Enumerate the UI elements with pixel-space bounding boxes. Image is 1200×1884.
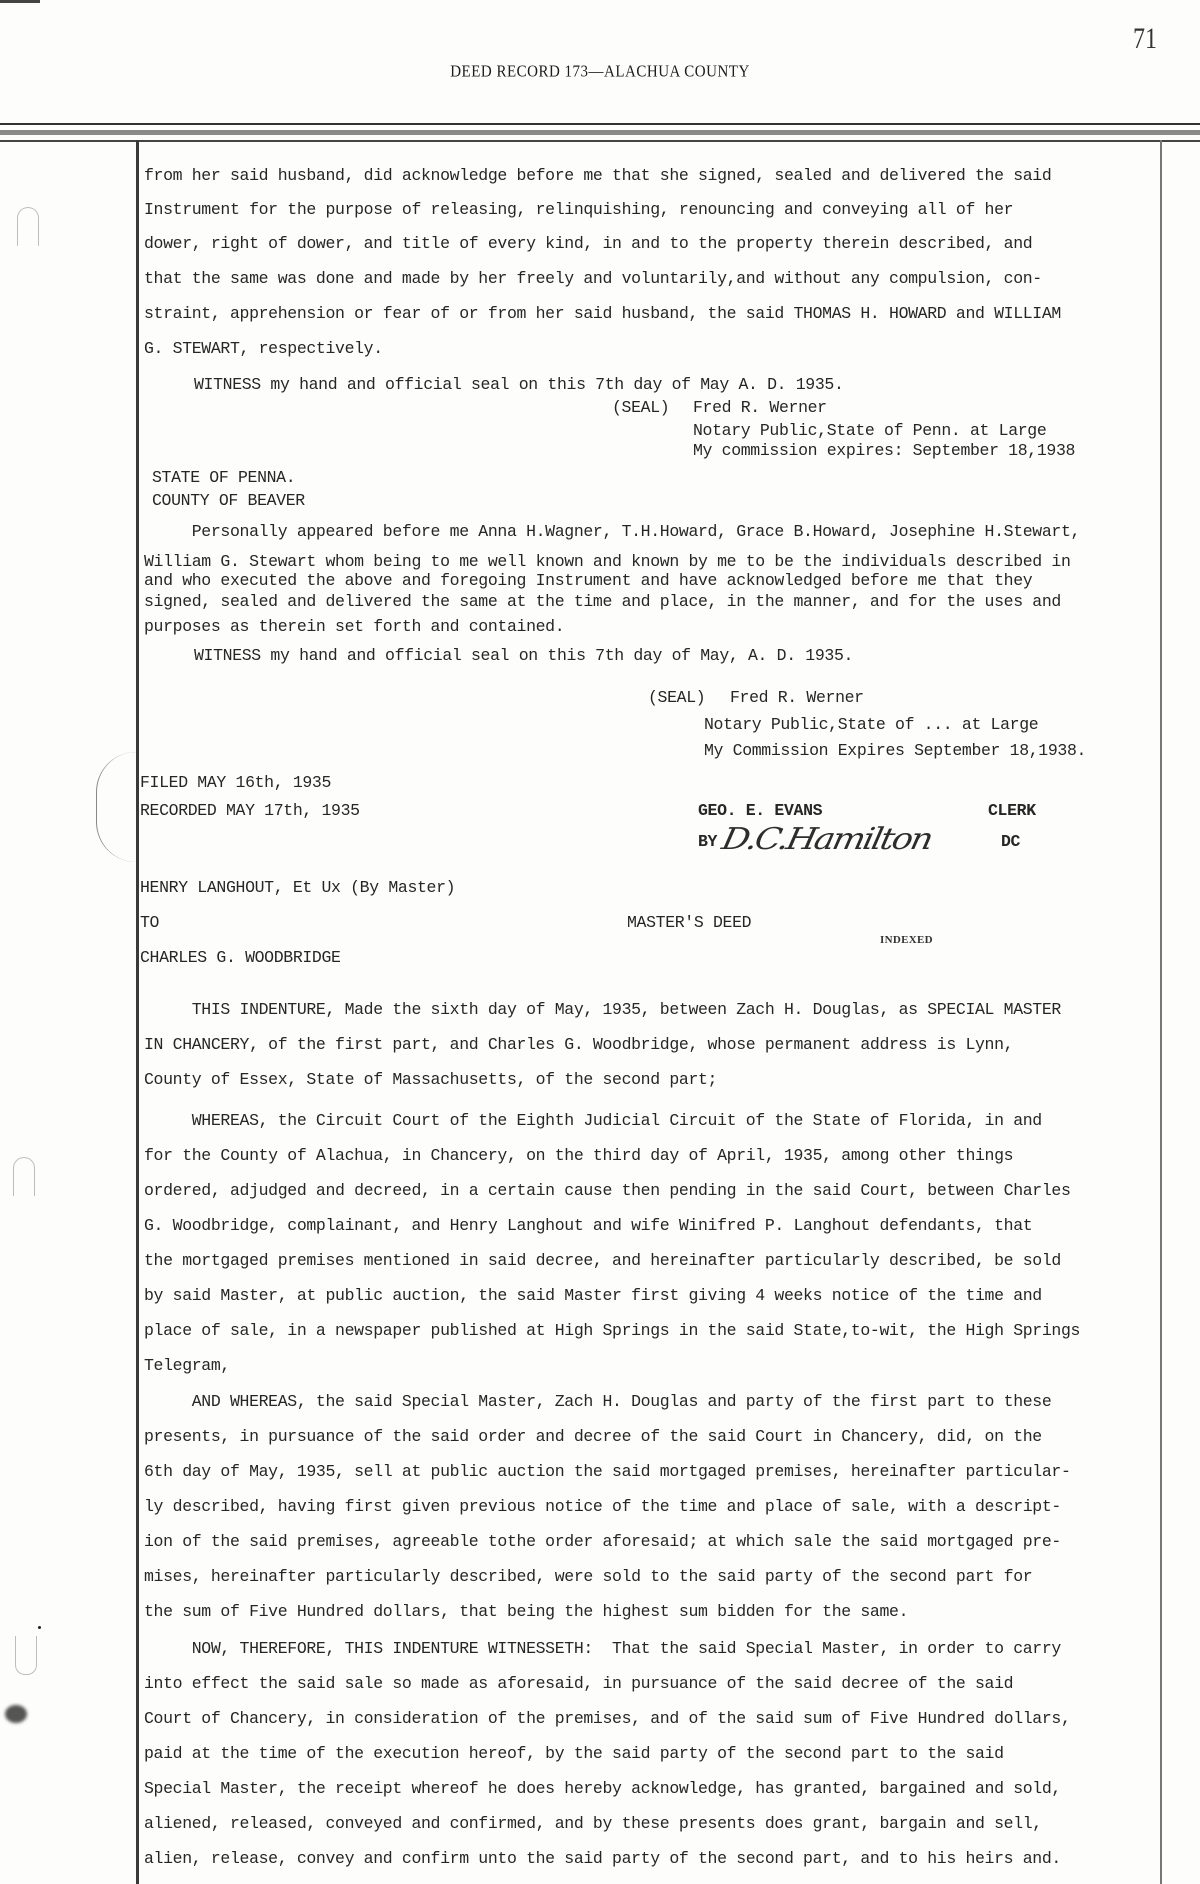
- text-line: THIS INDENTURE, Made the sixth day of Ma…: [144, 1000, 1061, 1020]
- deputy-clerk-signature: D.C.Hamilton: [719, 822, 935, 857]
- margin-dot: [38, 1626, 41, 1629]
- deed-record-page: 71 DEED RECORD 173—ALACHUA COUNTY from h…: [0, 0, 1200, 1884]
- witness-line: WITNESS my hand and official seal on thi…: [194, 646, 853, 666]
- text-line: ion of the said premises, agreeable toth…: [144, 1532, 1061, 1552]
- text-line: from her said husband, did acknowledge b…: [144, 166, 1051, 186]
- text-line: NOW, THEREFORE, THIS INDENTURE WITNESSET…: [144, 1639, 1061, 1659]
- grantee: CHARLES G. WOODBRIDGE: [140, 948, 341, 968]
- text-line: alien, release, convey and confirm unto …: [144, 1849, 1061, 1869]
- county-heading: COUNTY OF BEAVER: [152, 491, 305, 511]
- deed-type: MASTER'S DEED: [627, 913, 751, 933]
- text-line: the sum of Five Hundred dollars, that be…: [144, 1602, 908, 1622]
- text-line: signed, sealed and delivered the same at…: [144, 592, 1061, 612]
- text-line: the mortgaged premises mentioned in said…: [144, 1251, 1061, 1271]
- margin-bracket-mark: [13, 1157, 35, 1196]
- text-line: for the County of Alachua, in Chancery, …: [144, 1146, 1013, 1166]
- text-line: paid at the time of the execution hereof…: [144, 1744, 1004, 1764]
- margin-bracket-mark: [15, 1636, 37, 1675]
- seal-label: (SEAL): [612, 398, 669, 418]
- page-number: 71: [1133, 22, 1157, 56]
- text-line: Personally appeared before me Anna H.Wag…: [144, 522, 1080, 542]
- to-label: TO: [140, 913, 159, 933]
- header-rule-thin-top: [0, 123, 1200, 125]
- pencil-margin-mark: [96, 752, 137, 862]
- text-line: place of sale, in a newspaper published …: [144, 1321, 1080, 1341]
- text-line: Special Master, the receipt whereof he d…: [144, 1779, 1061, 1799]
- by-label: BY: [698, 832, 717, 852]
- text-line: that the same was done and made by her f…: [144, 269, 1042, 289]
- ink-smudge: [5, 1705, 27, 1723]
- text-line: by said Master, at public auction, the s…: [144, 1286, 1042, 1306]
- header-rule-thick: [0, 130, 1200, 135]
- text-line: G. STEWART, respectively.: [144, 339, 383, 359]
- text-line: and who executed the above and foregoing…: [144, 571, 1032, 591]
- notary-title: Notary Public,State of Penn. at Large: [693, 421, 1046, 441]
- state-heading: STATE OF PENNA.: [152, 468, 295, 488]
- text-line: ordered, adjudged and decreed, in a cert…: [144, 1181, 1071, 1201]
- notary-title: Notary Public,State of ... at Large: [704, 715, 1038, 735]
- text-line: William G. Stewart whom being to me well…: [144, 552, 1071, 572]
- text-line: Telegram,: [144, 1356, 230, 1376]
- text-line: AND WHEREAS, the said Special Master, Za…: [144, 1392, 1051, 1412]
- text-line: purposes as therein set forth and contai…: [144, 617, 564, 637]
- header-rule-thin-bottom: [0, 140, 1200, 142]
- notary-commission: My Commission Expires September 18,1938.: [704, 741, 1086, 761]
- filed-date: FILED MAY 16th, 1935: [140, 773, 331, 793]
- text-line: presents, in pursuance of the said order…: [144, 1427, 1042, 1447]
- deputy-clerk-label: DC: [1001, 832, 1020, 852]
- grantor: HENRY LANGHOUT, Et Ux (By Master): [140, 878, 455, 898]
- text-line: ly described, having first given previou…: [144, 1497, 1061, 1517]
- text-line: straint, apprehension or fear of or from…: [144, 304, 1061, 324]
- text-line: 6th day of May, 1935, sell at public auc…: [144, 1462, 1071, 1482]
- indexed-stamp: INDEXED: [880, 934, 933, 946]
- right-column-border: [1160, 140, 1162, 1884]
- text-line: dower, right of dower, and title of ever…: [144, 234, 1032, 254]
- page-header-title: DEED RECORD 173—ALACHUA COUNTY: [0, 63, 1200, 83]
- witness-line: WITNESS my hand and official seal on thi…: [194, 375, 844, 395]
- notary-commission: My commission expires: September 18,1938: [693, 441, 1075, 461]
- text-line: County of Essex, State of Massachusetts,…: [144, 1070, 717, 1090]
- text-line: WHEREAS, the Circuit Court of the Eighth…: [144, 1111, 1042, 1131]
- seal-label: (SEAL): [648, 688, 705, 708]
- recorded-date: RECORDED MAY 17th, 1935: [140, 801, 360, 821]
- notary-name: Fred R. Werner: [730, 688, 864, 708]
- notary-name: Fred R. Werner: [693, 398, 827, 418]
- text-line: Instrument for the purpose of releasing,…: [144, 200, 1013, 220]
- clerk-title: CLERK: [988, 801, 1036, 821]
- text-line: Court of Chancery, in consideration of t…: [144, 1709, 1071, 1729]
- left-column-border: [136, 140, 139, 1884]
- scan-edge-mark: [0, 0, 40, 3]
- margin-bracket-mark: [17, 207, 39, 246]
- text-line: IN CHANCERY, of the first part, and Char…: [144, 1035, 1013, 1055]
- text-line: mises, hereinafter particularly describe…: [144, 1567, 1032, 1587]
- text-line: G. Woodbridge, complainant, and Henry La…: [144, 1216, 1032, 1236]
- text-line: aliened, released, conveyed and confirme…: [144, 1814, 1042, 1834]
- text-line: into effect the said sale so made as afo…: [144, 1674, 1013, 1694]
- clerk-name: GEO. E. EVANS: [698, 801, 822, 821]
